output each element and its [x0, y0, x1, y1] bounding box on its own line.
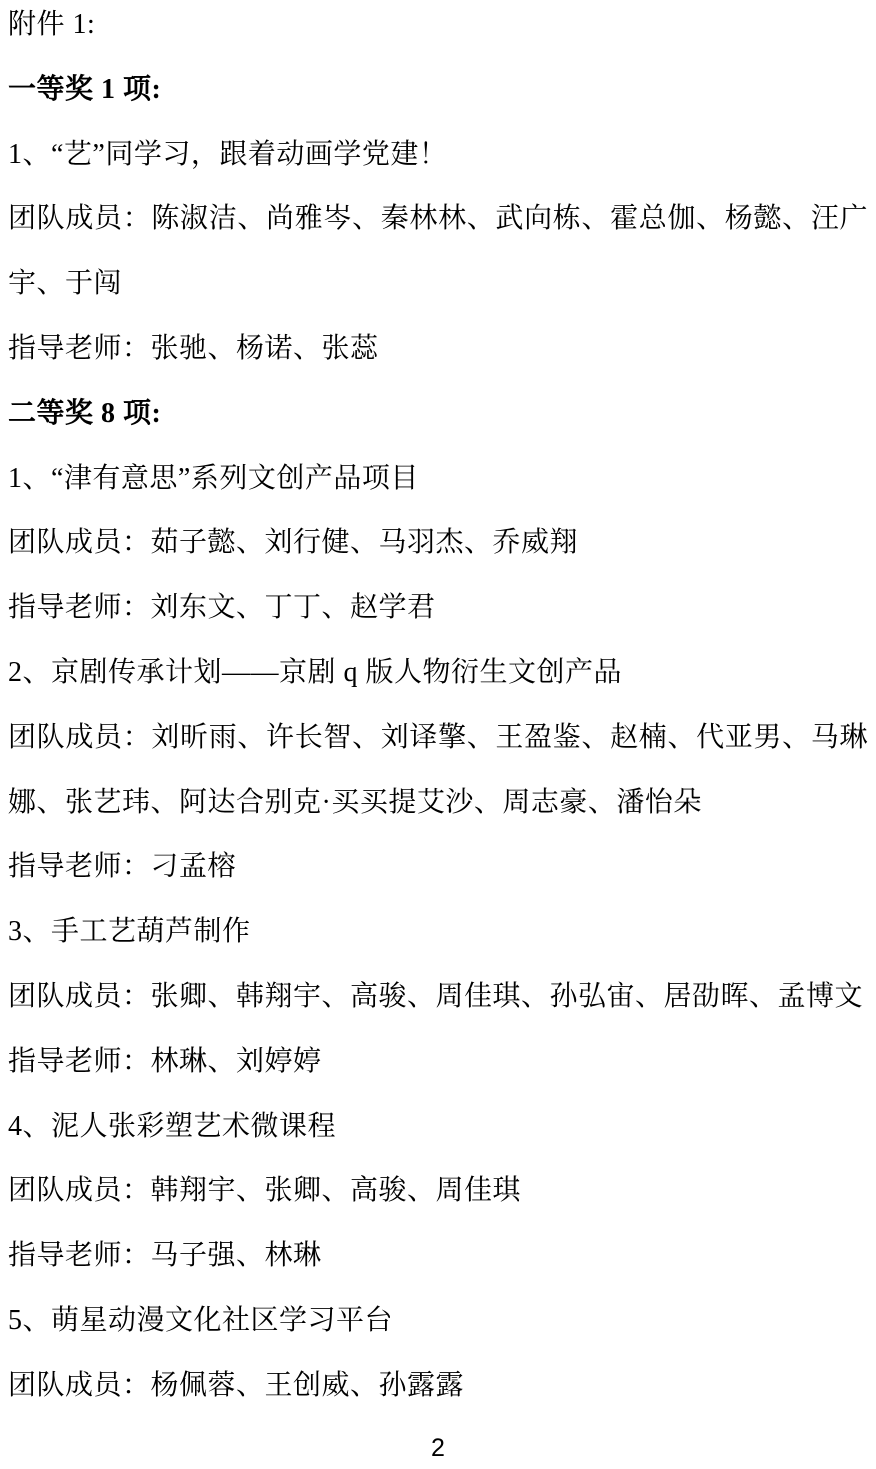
- section-heading-first-prize: 一等奖 1 项:: [8, 58, 868, 123]
- project-advisors: 指导老师：林琳、刘婷婷: [8, 1030, 868, 1095]
- project-team-members: 团队成员：茹子懿、刘行健、马羽杰、乔威翔: [8, 511, 868, 576]
- project-team-members: 团队成员：杨佩蓉、王创威、孙露露: [8, 1354, 868, 1419]
- project-title: 1、“艺”同学习，跟着动画学党建！: [8, 123, 868, 188]
- project-title: 1、“津有意思”系列文创产品项目: [8, 447, 868, 512]
- project-team-members: 团队成员：刘昕雨、许长智、刘译擎、王盈鉴、赵楠、代亚男、马琳娜、张艺玮、阿达合别…: [8, 706, 868, 836]
- project-team-members: 团队成员：陈淑洁、尚雅岑、秦林林、武向栋、霍总伽、杨懿、汪广宇、于闯: [8, 187, 868, 317]
- project-advisors: 指导老师：刘东文、丁丁、赵学君: [8, 576, 868, 641]
- project-team-members: 团队成员：韩翔宇、张卿、高骏、周佳琪: [8, 1159, 868, 1224]
- attachment-label: 附件 1:: [8, 0, 868, 58]
- project-title: 5、萌星动漫文化社区学习平台: [8, 1289, 868, 1354]
- document-content: 附件 1: 一等奖 1 项: 1、“艺”同学习，跟着动画学党建！ 团队成员：陈淑…: [8, 0, 868, 1419]
- project-team-members: 团队成员：张卿、韩翔宇、高骏、周佳琪、孙弘宙、居劭晖、孟博文: [8, 965, 868, 1030]
- project-advisors: 指导老师：马子强、林琳: [8, 1224, 868, 1289]
- document-page: 附件 1: 一等奖 1 项: 1、“艺”同学习，跟着动画学党建！ 团队成员：陈淑…: [0, 0, 876, 1469]
- project-title: 4、泥人张彩塑艺术微课程: [8, 1095, 868, 1160]
- project-advisors: 指导老师：刁孟榕: [8, 835, 868, 900]
- project-advisors: 指导老师：张驰、杨诺、张蕊: [8, 317, 868, 382]
- section-heading-second-prize: 二等奖 8 项:: [8, 382, 868, 447]
- project-title: 3、手工艺葫芦制作: [8, 900, 868, 965]
- project-title: 2、京剧传承计划——京剧 q 版人物衍生文创产品: [8, 641, 868, 706]
- page-number: 2: [0, 1433, 876, 1463]
